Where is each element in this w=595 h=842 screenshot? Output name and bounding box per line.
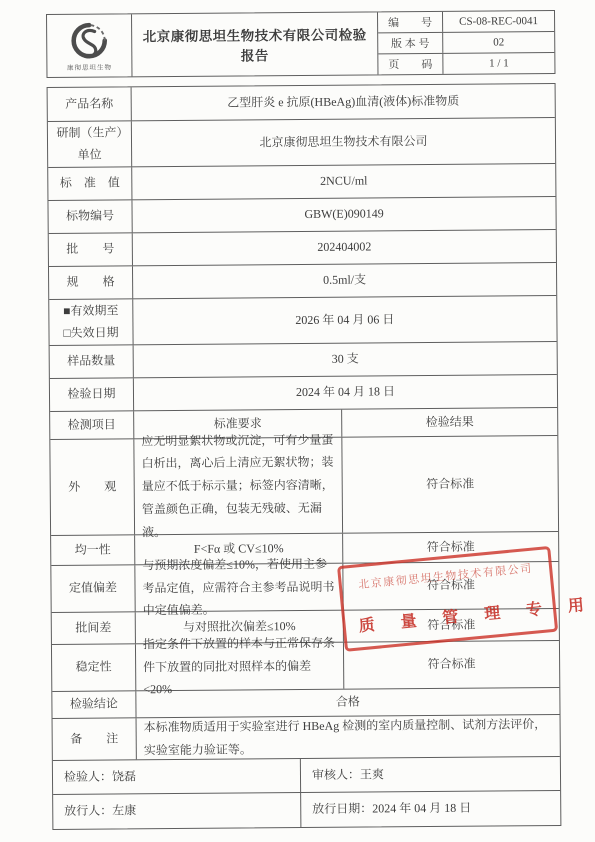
- test-result-header: 检验结果: [342, 408, 557, 437]
- row-product-name: 产品名称 乙型肝炎 e 抗原(HBeAg)血清(液体)标准物质: [48, 84, 555, 122]
- row-specification: 规 格 0.5ml/支: [49, 263, 556, 300]
- row-manufacturer: 研制（生产）单位 北京康彻思坦生物技术有限公司: [48, 118, 555, 168]
- row-test-stability: 稳定性 指定条件下放置的样本与正常保存条件下放置的同批对照样本的偏差<20% 符…: [52, 641, 559, 692]
- manufacturer-value: 北京康彻思坦生物技术有限公司: [132, 118, 555, 166]
- company-logo: 康彻思坦生物: [47, 14, 132, 77]
- sample-quantity-value: 30 支: [134, 342, 557, 377]
- remark-value: 本标准物质适用于实验室进行 HBeAg 检测的室内质量控制、试剂方法评价，实验室…: [137, 715, 560, 759]
- batch-number-label: 批 号: [49, 233, 133, 266]
- expiry-date-value: 2026 年 04 月 06 日: [133, 296, 556, 344]
- value-deviation-result: 符合标准: [343, 562, 558, 610]
- doc-number-value: CS-08-REC-0041: [443, 11, 554, 32]
- row-test-appearance: 外 观 应无明显絮状物或沉淀，可有少量蛋白析出，离心后上清应无絮状物；装量应不低…: [50, 436, 558, 536]
- remark-label: 备 注: [53, 718, 137, 760]
- uniformity-label: 均一性: [51, 535, 135, 565]
- manufacturer-label: 研制（生产）单位: [48, 121, 132, 167]
- releaser-signature: 放行人：左康: [53, 793, 301, 829]
- specification-value: 0.5ml/支: [133, 263, 556, 298]
- doc-number-label: 编 号: [378, 12, 443, 33]
- row-signatures-2: 放行人：左康 放行日期：2024 年 04 月 18 日: [53, 791, 560, 829]
- row-inspection-date: 检验日期 2024 年 04 月 18 日: [50, 375, 557, 412]
- doc-version-label: 版 本 号: [378, 33, 443, 54]
- row-batch-number: 批 号 202404002: [49, 230, 556, 267]
- doc-meta-table: 编 号 CS-08-REC-0041 版 本 号 02 页 码 1 / 1: [378, 11, 554, 74]
- batch-number-value: 202404002: [133, 230, 556, 265]
- reviewer-signature: 审核人：王爽: [301, 757, 560, 792]
- row-material-number: 标物编号 GBW(E)090149: [48, 197, 555, 234]
- report-title: 北京康彻思坦生物技术有限公司检验报告: [132, 12, 378, 76]
- uniformity-result: 符合标准: [343, 532, 558, 563]
- row-sample-quantity: 样品数量 30 支: [50, 342, 557, 379]
- test-item-header: 检测项目: [50, 411, 134, 439]
- value-deviation-label: 定值偏差: [51, 565, 135, 612]
- stability-result: 符合标准: [344, 641, 559, 689]
- logo-caption: 康彻思坦生物: [67, 62, 112, 71]
- conclusion-label: 检验结论: [52, 691, 136, 718]
- expiry-date-label: ■有效期至 □失效日期: [49, 299, 133, 345]
- row-signatures-1: 检验人：饶磊 审核人：王爽: [53, 757, 560, 795]
- inspector-signature: 检验人：饶磊: [53, 759, 301, 794]
- material-number-label: 标物编号: [48, 200, 132, 233]
- doc-page-row: 页 码 1 / 1: [378, 53, 554, 74]
- appearance-result: 符合标准: [342, 436, 558, 533]
- doc-number-row: 编 号 CS-08-REC-0041: [378, 11, 554, 33]
- appearance-label: 外 观: [50, 439, 135, 535]
- product-name-label: 产品名称: [48, 87, 132, 121]
- doc-version-row: 版 本 号 02: [378, 32, 554, 54]
- row-expiry-date: ■有效期至 □失效日期 2026 年 04 月 06 日: [49, 296, 556, 346]
- stability-label: 稳定性: [52, 644, 136, 691]
- doc-version-value: 02: [443, 32, 554, 53]
- scanned-inspection-report-page: 康彻思坦生物 北京康彻思坦生物技术有限公司检验报告 编 号 CS-08-REC-…: [0, 0, 595, 842]
- stability-requirement: 指定条件下放置的样本与正常保存条件下放置的同批对照样本的偏差<20%: [136, 643, 344, 691]
- sample-quantity-label: 样品数量: [50, 345, 134, 378]
- invalid-checkbox-unchecked: □失效日期: [63, 322, 118, 344]
- row-test-value-deviation: 定值偏差 与预期浓度偏差≤10%，若使用主参考品定值，应需符合主参考品说明书中定…: [51, 562, 558, 613]
- inspection-date-label: 检验日期: [50, 378, 134, 411]
- batch-difference-result: 符合标准: [344, 609, 559, 642]
- standard-value-value: 2NCU/ml: [132, 164, 555, 199]
- row-remark: 备 注 本标准物质适用于实验室进行 HBeAg 检测的室内质量控制、试剂方法评价…: [53, 715, 560, 761]
- doc-page-label: 页 码: [378, 54, 443, 75]
- swirl-logo-icon: [68, 19, 110, 61]
- appearance-requirement: 应无明显絮状物或沉淀，可有少量蛋白析出，离心后上清应无絮状物；装量应不低于标示量…: [134, 438, 343, 535]
- row-standard-value: 标 准 值 2NCU/ml: [48, 164, 555, 201]
- material-number-value: GBW(E)090149: [132, 197, 555, 232]
- standard-value-label: 标 准 值: [48, 167, 132, 200]
- report-header: 康彻思坦生物 北京康彻思坦生物技术有限公司检验报告 编 号 CS-08-REC-…: [46, 10, 555, 78]
- inspection-date-value: 2024 年 04 月 18 日: [134, 375, 557, 410]
- product-name-value: 乙型肝炎 e 抗原(HBeAg)血清(液体)标准物质: [132, 84, 555, 120]
- batch-difference-label: 批间差: [52, 612, 136, 644]
- value-deviation-requirement: 与预期浓度偏差≤10%，若使用主参考品定值，应需符合主参考品说明书中定值偏差。: [135, 564, 343, 612]
- report-content: 康彻思坦生物 北京康彻思坦生物技术有限公司检验报告 编 号 CS-08-REC-…: [46, 10, 561, 830]
- doc-page-value: 1 / 1: [443, 53, 554, 74]
- specification-label: 规 格: [49, 266, 133, 299]
- report-table: 产品名称 乙型肝炎 e 抗原(HBeAg)血清(液体)标准物质 研制（生产）单位…: [47, 83, 562, 830]
- expiry-checkbox-checked: ■有效期至: [63, 300, 118, 322]
- release-date: 放行日期：2024 年 04 月 18 日: [301, 791, 560, 827]
